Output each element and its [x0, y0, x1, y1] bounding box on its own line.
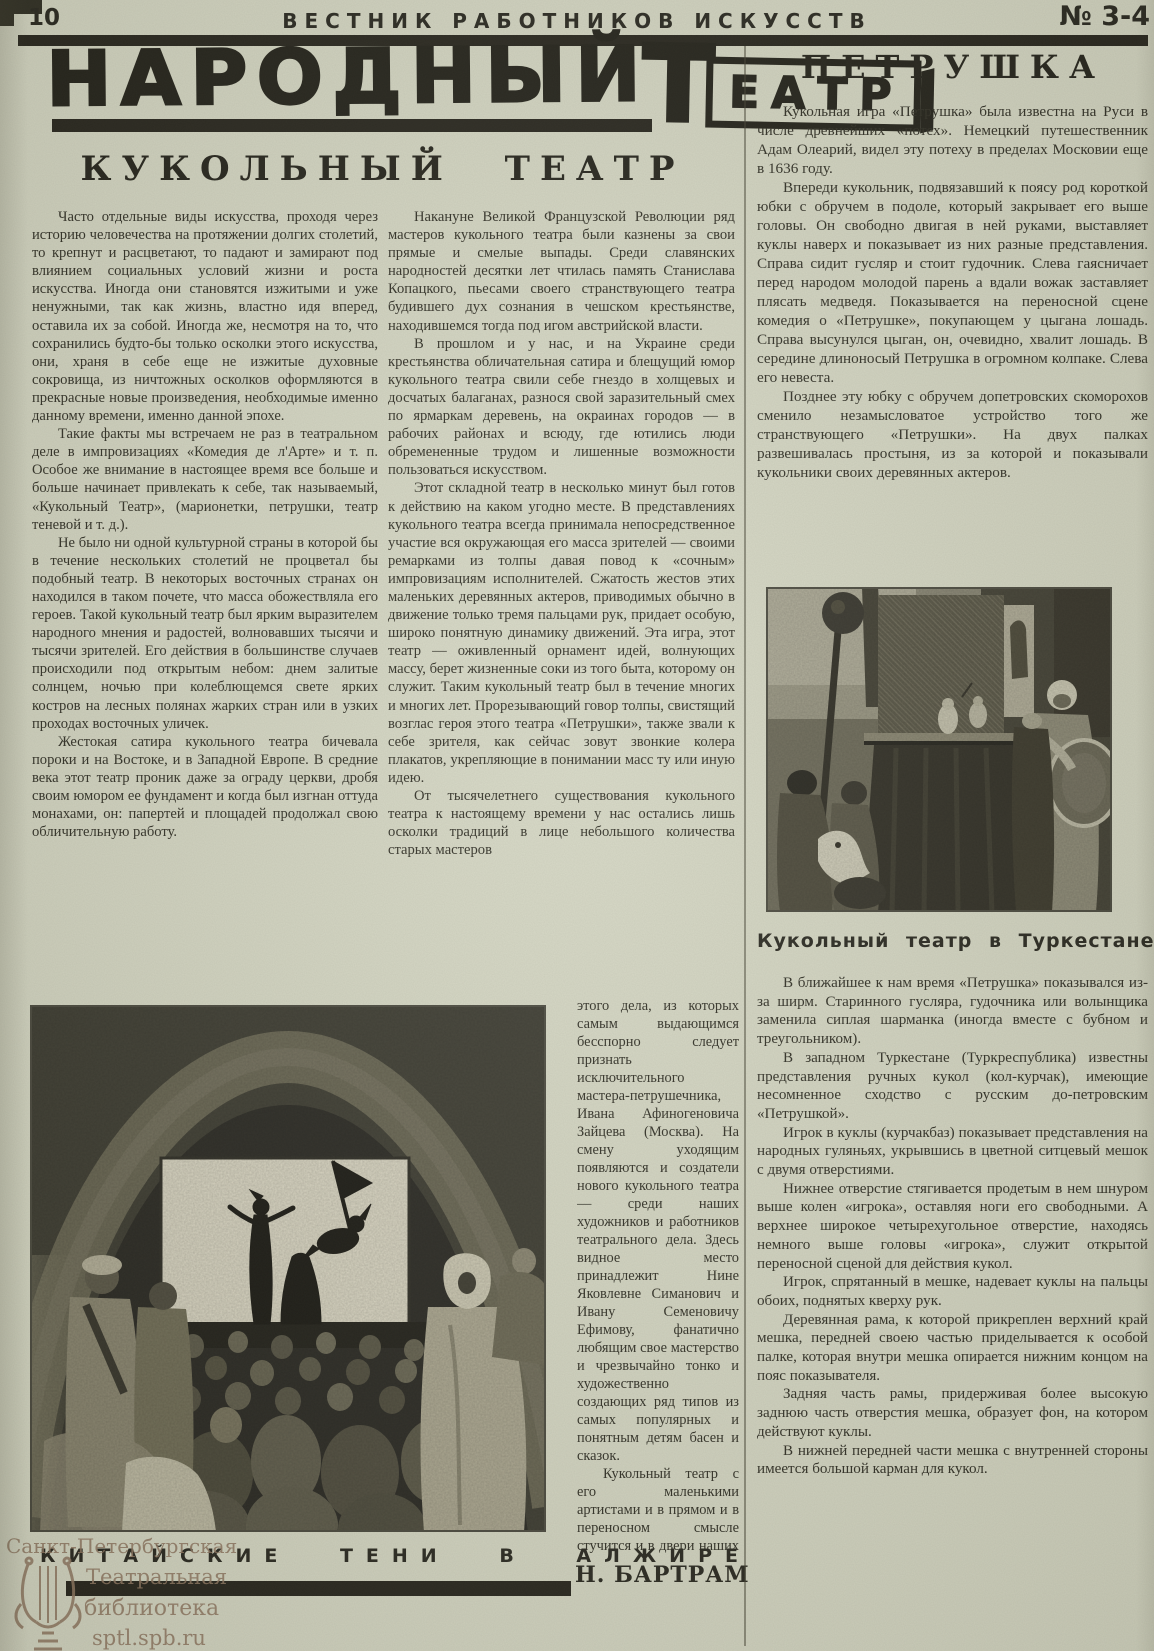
column-divider-rule	[744, 46, 746, 1646]
journal-title: ВЕСТНИК РАБОТНИКОВ ИСКУССТВ	[0, 9, 1154, 33]
watermark-line-city: Санкт-Петербургская	[6, 1534, 237, 1558]
headline-letter-t: Т	[641, 31, 715, 138]
magazine-page: 10 ВЕСТНИК РАБОТНИКОВ ИСКУССТВ № 3-4 НАР…	[0, 0, 1154, 1651]
issue-number: № 3-4	[1059, 1, 1150, 32]
paragraph: Впереди кукольник, подвязавший к поясу р…	[757, 178, 1148, 387]
paragraph: этого дела, из которых самым выдающимся …	[577, 997, 739, 1465]
headline-narodny: НАРОДНЫЙ	[46, 37, 650, 118]
paragraph: Нижнее отверстие стягивается продетым в …	[757, 1180, 1148, 1274]
headline-underline-rule	[52, 119, 652, 132]
paragraph: Такие факты мы встречаем не раз в театра…	[32, 425, 378, 534]
paragraph: От тысячелетнего существования кукольног…	[388, 787, 735, 859]
column-middle: Накануне Великой Французской Революции р…	[388, 208, 735, 1003]
paragraph: В западном Туркестане (Туркреспублика) и…	[757, 1049, 1148, 1124]
paragraph: В прошлом и у нас, и на Украине среди кр…	[388, 335, 735, 480]
paragraph: Игрок, спрятанный в мешке, надевает кукл…	[757, 1273, 1148, 1310]
photo-shadow-theatre	[30, 1005, 546, 1532]
paragraph: Часто отдельные виды искусства, проходя …	[32, 208, 378, 425]
author-byline: Н. БАРТРАМ	[575, 1562, 745, 1588]
watermark-line-url: sptl.spb.ru	[92, 1626, 206, 1650]
scan-artifact	[0, 0, 14, 26]
watermark-line-theatre: Театральная	[86, 1565, 227, 1589]
turkestan-theatre-illustration	[766, 587, 1112, 912]
paragraph: Игрок в куклы (курчакбаз) показывает пре…	[757, 1124, 1148, 1180]
paragraph: Кукольная игра «Петрушка» была известна …	[757, 102, 1148, 178]
watermark-line-library: библиотека	[84, 1596, 219, 1621]
shadow-theatre-illustration	[30, 1005, 546, 1532]
paragraph: Позднее эту юбку с обручем допетровских …	[757, 387, 1148, 482]
column-narrow-wrap: этого дела, из которых самым выдающимся …	[577, 997, 739, 1559]
paragraph: Не было ни одной культурной страны в кот…	[32, 534, 378, 733]
lyre-icon	[12, 1554, 84, 1651]
photo-turkestan-theatre	[766, 587, 1112, 912]
paragraph: Этот складной театр в несколько минут бы…	[388, 479, 735, 787]
article-title-petrushka: ПЕТРУШКА	[757, 48, 1149, 86]
paragraph: Жестокая сатира кукольного театра бичева…	[32, 733, 378, 842]
photo-turkestan-caption: Кукольный театр в Туркестане	[757, 930, 1149, 952]
paragraph: В ближайшее к нам время «Петрушка» показ…	[757, 974, 1148, 1049]
paragraph: Накануне Великой Французской Революции р…	[388, 208, 735, 335]
article-title-kukolny-teatr: КУКОЛЬНЫЙ ТЕАТР	[30, 149, 735, 189]
column-right-bottom: В ближайшее к нам время «Петрушка» показ…	[757, 974, 1148, 1650]
paragraph: Деревянная рама, к которой прикреплен ве…	[757, 1311, 1148, 1386]
column-left: Часто отдельные виды искусства, проходя …	[32, 208, 378, 1003]
column-right-top: Кукольная игра «Петрушка» была известна …	[757, 102, 1148, 582]
paragraph: Задняя часть рамы, придерживая более выс…	[757, 1385, 1148, 1441]
paragraph: В нижней передней части мешка с внутренн…	[757, 1442, 1148, 1479]
